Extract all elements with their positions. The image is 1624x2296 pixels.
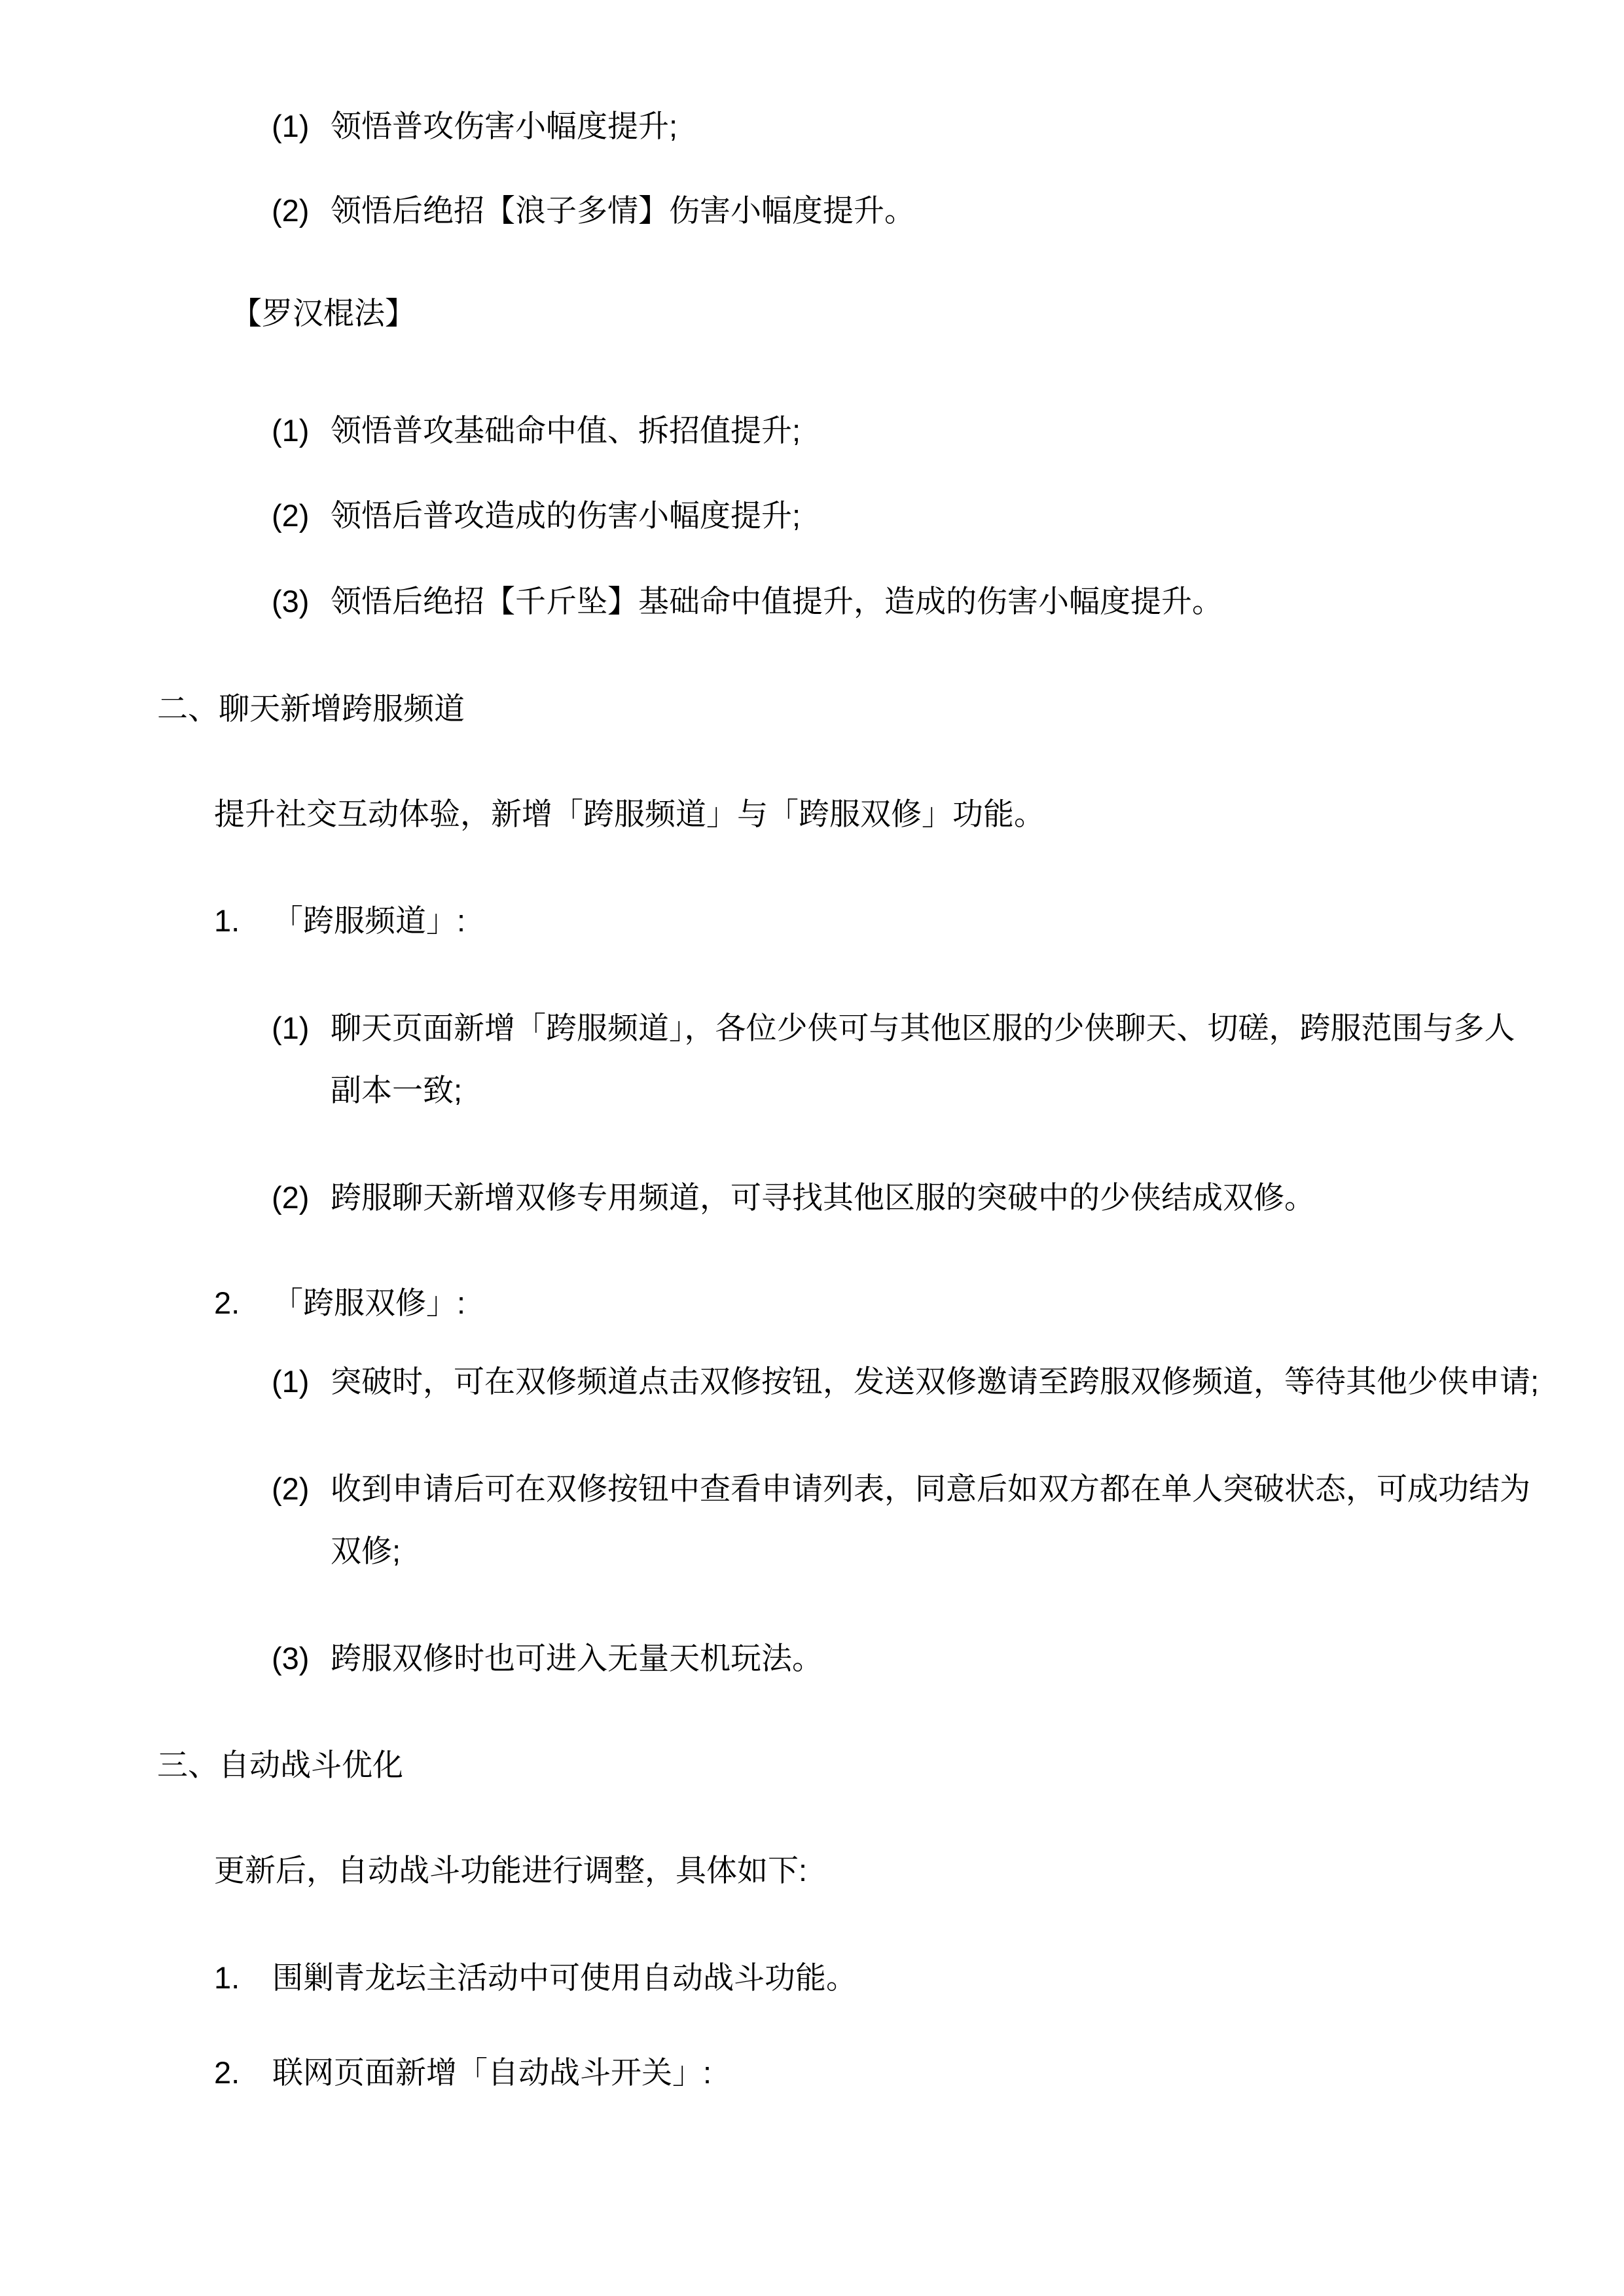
list-text: 围剿青龙坛主活动中可使用自动战斗功能。 (272, 1946, 1545, 2009)
list-marker: (1) (272, 1350, 331, 1412)
list-marker: (2) (272, 484, 331, 547)
list-item-paren-1: (1) 领悟普攻基础命中值、拆招值提升; (0, 399, 1624, 461)
list-item-paren-2: (2) 领悟后普攻造成的伤害小幅度提升; (0, 484, 1624, 547)
document-page: (1) 领悟普攻伤害小幅度提升; (2) 领悟后绝招【浪子多情】伤害小幅度提升。… (0, 0, 1624, 2296)
list-marker: (3) (272, 570, 331, 632)
section-heading-text: 自动战斗优化 (219, 1734, 1545, 1796)
list-text: 突破时，可在双修频道点击双修按钮，发送双修邀请至跨服双修频道，等待其他少侠申请; (331, 1350, 1545, 1412)
paragraph: 更新后，自动战斗功能进行调整，具体如下: (0, 1839, 1624, 1901)
list-item-paren-3: (3) 领悟后绝招【千斤坠】基础命中值提升，造成的伤害小幅度提升。 (0, 570, 1624, 632)
list-text: 联网页面新增「自动战斗开关」: (272, 2041, 1545, 2104)
list-item-num-1: 1. 围剿青龙坛主活动中可使用自动战斗功能。 (0, 1946, 1624, 2009)
list-item-num-1: 1. 「跨服频道」: (0, 889, 1624, 952)
list-marker: 1. (214, 889, 272, 952)
paragraph-text: 更新后，自动战斗功能进行调整，具体如下: (214, 1839, 1545, 1901)
section-heading-text: 聊天新增跨服频道 (219, 677, 1545, 740)
section-heading-2: 二、 聊天新增跨服频道 (0, 677, 1624, 740)
list-item-paren-1: (1) 领悟普攻伤害小幅度提升; (0, 95, 1624, 157)
list-text: 聊天页面新增「跨服频道」，各位少侠可与其他区服的少侠聊天、切磋，跨服范围与多人副… (331, 997, 1545, 1121)
section-marker: 三、 (157, 1734, 219, 1796)
list-text: 领悟后绝招【千斤坠】基础命中值提升，造成的伤害小幅度提升。 (331, 570, 1545, 632)
list-item-paren-3: (3) 跨服双修时也可进入无量天机玩法。 (0, 1627, 1624, 1689)
list-marker: (1) (272, 997, 331, 1059)
list-text: 领悟普攻基础命中值、拆招值提升; (331, 399, 1545, 461)
list-text: 领悟后绝招【浪子多情】伤害小幅度提升。 (331, 179, 1545, 242)
list-item-paren-2: (2) 收到申请后可在双修按钮中查看申请列表，同意后如双方都在单人突破状态，可成… (0, 1458, 1624, 1582)
list-text: 跨服聊天新增双修专用频道，可寻找其他区服的突破中的少侠结成双修。 (331, 1166, 1545, 1229)
paragraph: 提升社交互动体验，新增「跨服频道」与「跨服双修」功能。 (0, 783, 1624, 845)
list-text: 领悟后普攻造成的伤害小幅度提升; (331, 484, 1545, 547)
list-marker: (2) (272, 179, 331, 242)
list-item-paren-2: (2) 领悟后绝招【浪子多情】伤害小幅度提升。 (0, 179, 1624, 242)
list-text: 跨服双修时也可进入无量天机玩法。 (331, 1627, 1545, 1689)
list-item-paren-1: (1) 聊天页面新增「跨服频道」，各位少侠可与其他区服的少侠聊天、切磋，跨服范围… (0, 997, 1624, 1121)
list-marker: (2) (272, 1458, 331, 1520)
bracket-heading: 【罗汉棍法】 (0, 282, 1624, 344)
list-item-paren-2: (2) 跨服聊天新增双修专用频道，可寻找其他区服的突破中的少侠结成双修。 (0, 1166, 1624, 1229)
bracket-heading-text: 【罗汉棍法】 (231, 282, 1545, 344)
list-marker: (3) (272, 1627, 331, 1689)
list-marker: (1) (272, 399, 331, 461)
section-marker: 二、 (157, 677, 219, 740)
list-item-num-2: 2. 「跨服双修」: (0, 1272, 1624, 1334)
list-text: 领悟普攻伤害小幅度提升; (331, 95, 1545, 157)
list-marker: 2. (214, 2041, 272, 2104)
list-marker: (2) (272, 1166, 331, 1229)
paragraph-text: 提升社交互动体验，新增「跨服频道」与「跨服双修」功能。 (214, 783, 1545, 845)
list-text: 「跨服频道」: (272, 889, 1545, 952)
list-marker: (1) (272, 95, 331, 157)
list-item-num-2: 2. 联网页面新增「自动战斗开关」: (0, 2041, 1624, 2104)
list-marker: 1. (214, 1946, 272, 2009)
list-text: 收到申请后可在双修按钮中查看申请列表，同意后如双方都在单人突破状态，可成功结为双… (331, 1458, 1545, 1582)
list-marker: 2. (214, 1272, 272, 1334)
list-item-paren-1: (1) 突破时，可在双修频道点击双修按钮，发送双修邀请至跨服双修频道，等待其他少… (0, 1350, 1624, 1412)
section-heading-3: 三、 自动战斗优化 (0, 1734, 1624, 1796)
list-text: 「跨服双修」: (272, 1272, 1545, 1334)
